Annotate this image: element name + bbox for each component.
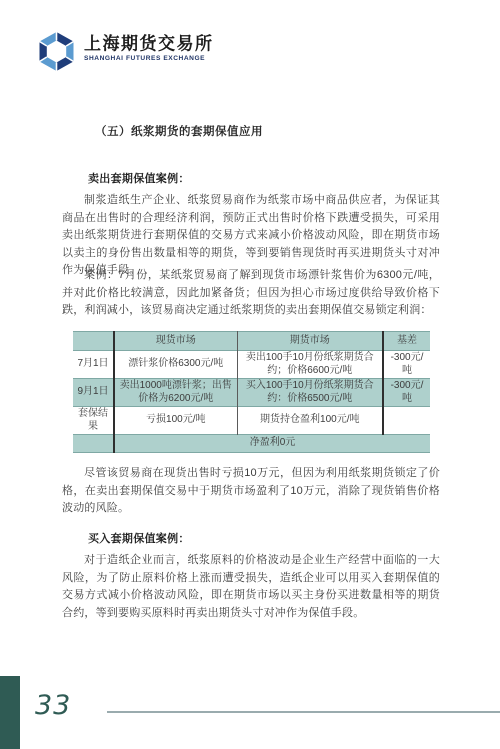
cell-spot: 漂针浆价格6300元/吨 [114, 351, 237, 379]
buy-hedge-paragraph-1: 对于造纸企业而言，纸浆原料的价格波动是企业生产经营中面临的一大风险，为了防止原料… [62, 552, 440, 622]
hedge-example-table: 现货市场 期货市场 基差 7月1日 漂针浆价格6300元/吨 卖出100手10月… [73, 331, 430, 453]
cell-basis [383, 407, 430, 435]
cell-futures: 卖出100手10月份纸浆期货合约；价格6600元/吨 [237, 351, 383, 379]
header-spot-market: 现货市场 [114, 332, 237, 351]
cell-date: 9月1日 [73, 379, 114, 407]
cell-date: 套保结果 [73, 407, 114, 435]
footer-rule [107, 711, 500, 713]
cell-date: 7月1日 [73, 351, 114, 379]
sell-hedge-paragraph-2: 案例：7月份，某纸浆贸易商了解到现货市场漂针浆售价为6300元/吨，并对此价格比… [62, 267, 440, 320]
cell-spot: 亏损100元/吨 [114, 407, 237, 435]
header-blank [73, 332, 114, 351]
shfe-hexagon-icon [36, 30, 77, 73]
cell-basis: -300元/吨 [383, 351, 430, 379]
cell-net-result: 净盈利0元 [114, 435, 430, 453]
buy-hedge-case-title: 买入套期保值案例： [88, 530, 190, 546]
sell-hedge-paragraph-3: 尽管该贸易商在现货出售时亏损10万元，但因为利用纸浆期货锁定了价格，在卖出套期保… [62, 465, 440, 518]
cell-spot: 卖出1000吨漂针浆；出售价格为6200元/吨 [114, 379, 237, 407]
cell-futures: 买入100手10月份纸浆期货合约：价格6500元/吨 [237, 379, 383, 407]
page-number: 33 [35, 690, 71, 721]
cell-blank [73, 435, 114, 453]
logo-text: 上海期货交易所 SHANGHAI FUTURES EXCHANGE [84, 30, 214, 63]
cell-basis: -300元/吨 [383, 379, 430, 407]
cell-futures: 期货持仓盈利100元/吨 [237, 407, 383, 435]
table-row: 9月1日 卖出1000吨漂针浆；出售价格为6200元/吨 买入100手10月份纸… [73, 379, 430, 407]
logo-name-english: SHANGHAI FUTURES EXCHANGE [84, 54, 214, 63]
table-header-row: 现货市场 期货市场 基差 [73, 332, 430, 351]
table-net-result-row: 净盈利0元 [73, 435, 430, 453]
shfe-logo: 上海期货交易所 SHANGHAI FUTURES EXCHANGE [36, 30, 214, 73]
sell-hedge-case-title: 卖出套期保值案例： [88, 170, 190, 186]
header-basis: 基差 [383, 332, 430, 351]
table-row: 7月1日 漂针浆价格6300元/吨 卖出100手10月份纸浆期货合约；价格660… [73, 351, 430, 379]
header-futures-market: 期货市场 [237, 332, 383, 351]
table-row: 套保结果 亏损100元/吨 期货持仓盈利100元/吨 [73, 407, 430, 435]
section-heading: （五）纸浆期货的套期保值应用 [95, 123, 263, 139]
footer-accent-bar [0, 676, 20, 749]
logo-name-chinese: 上海期货交易所 [84, 34, 214, 55]
